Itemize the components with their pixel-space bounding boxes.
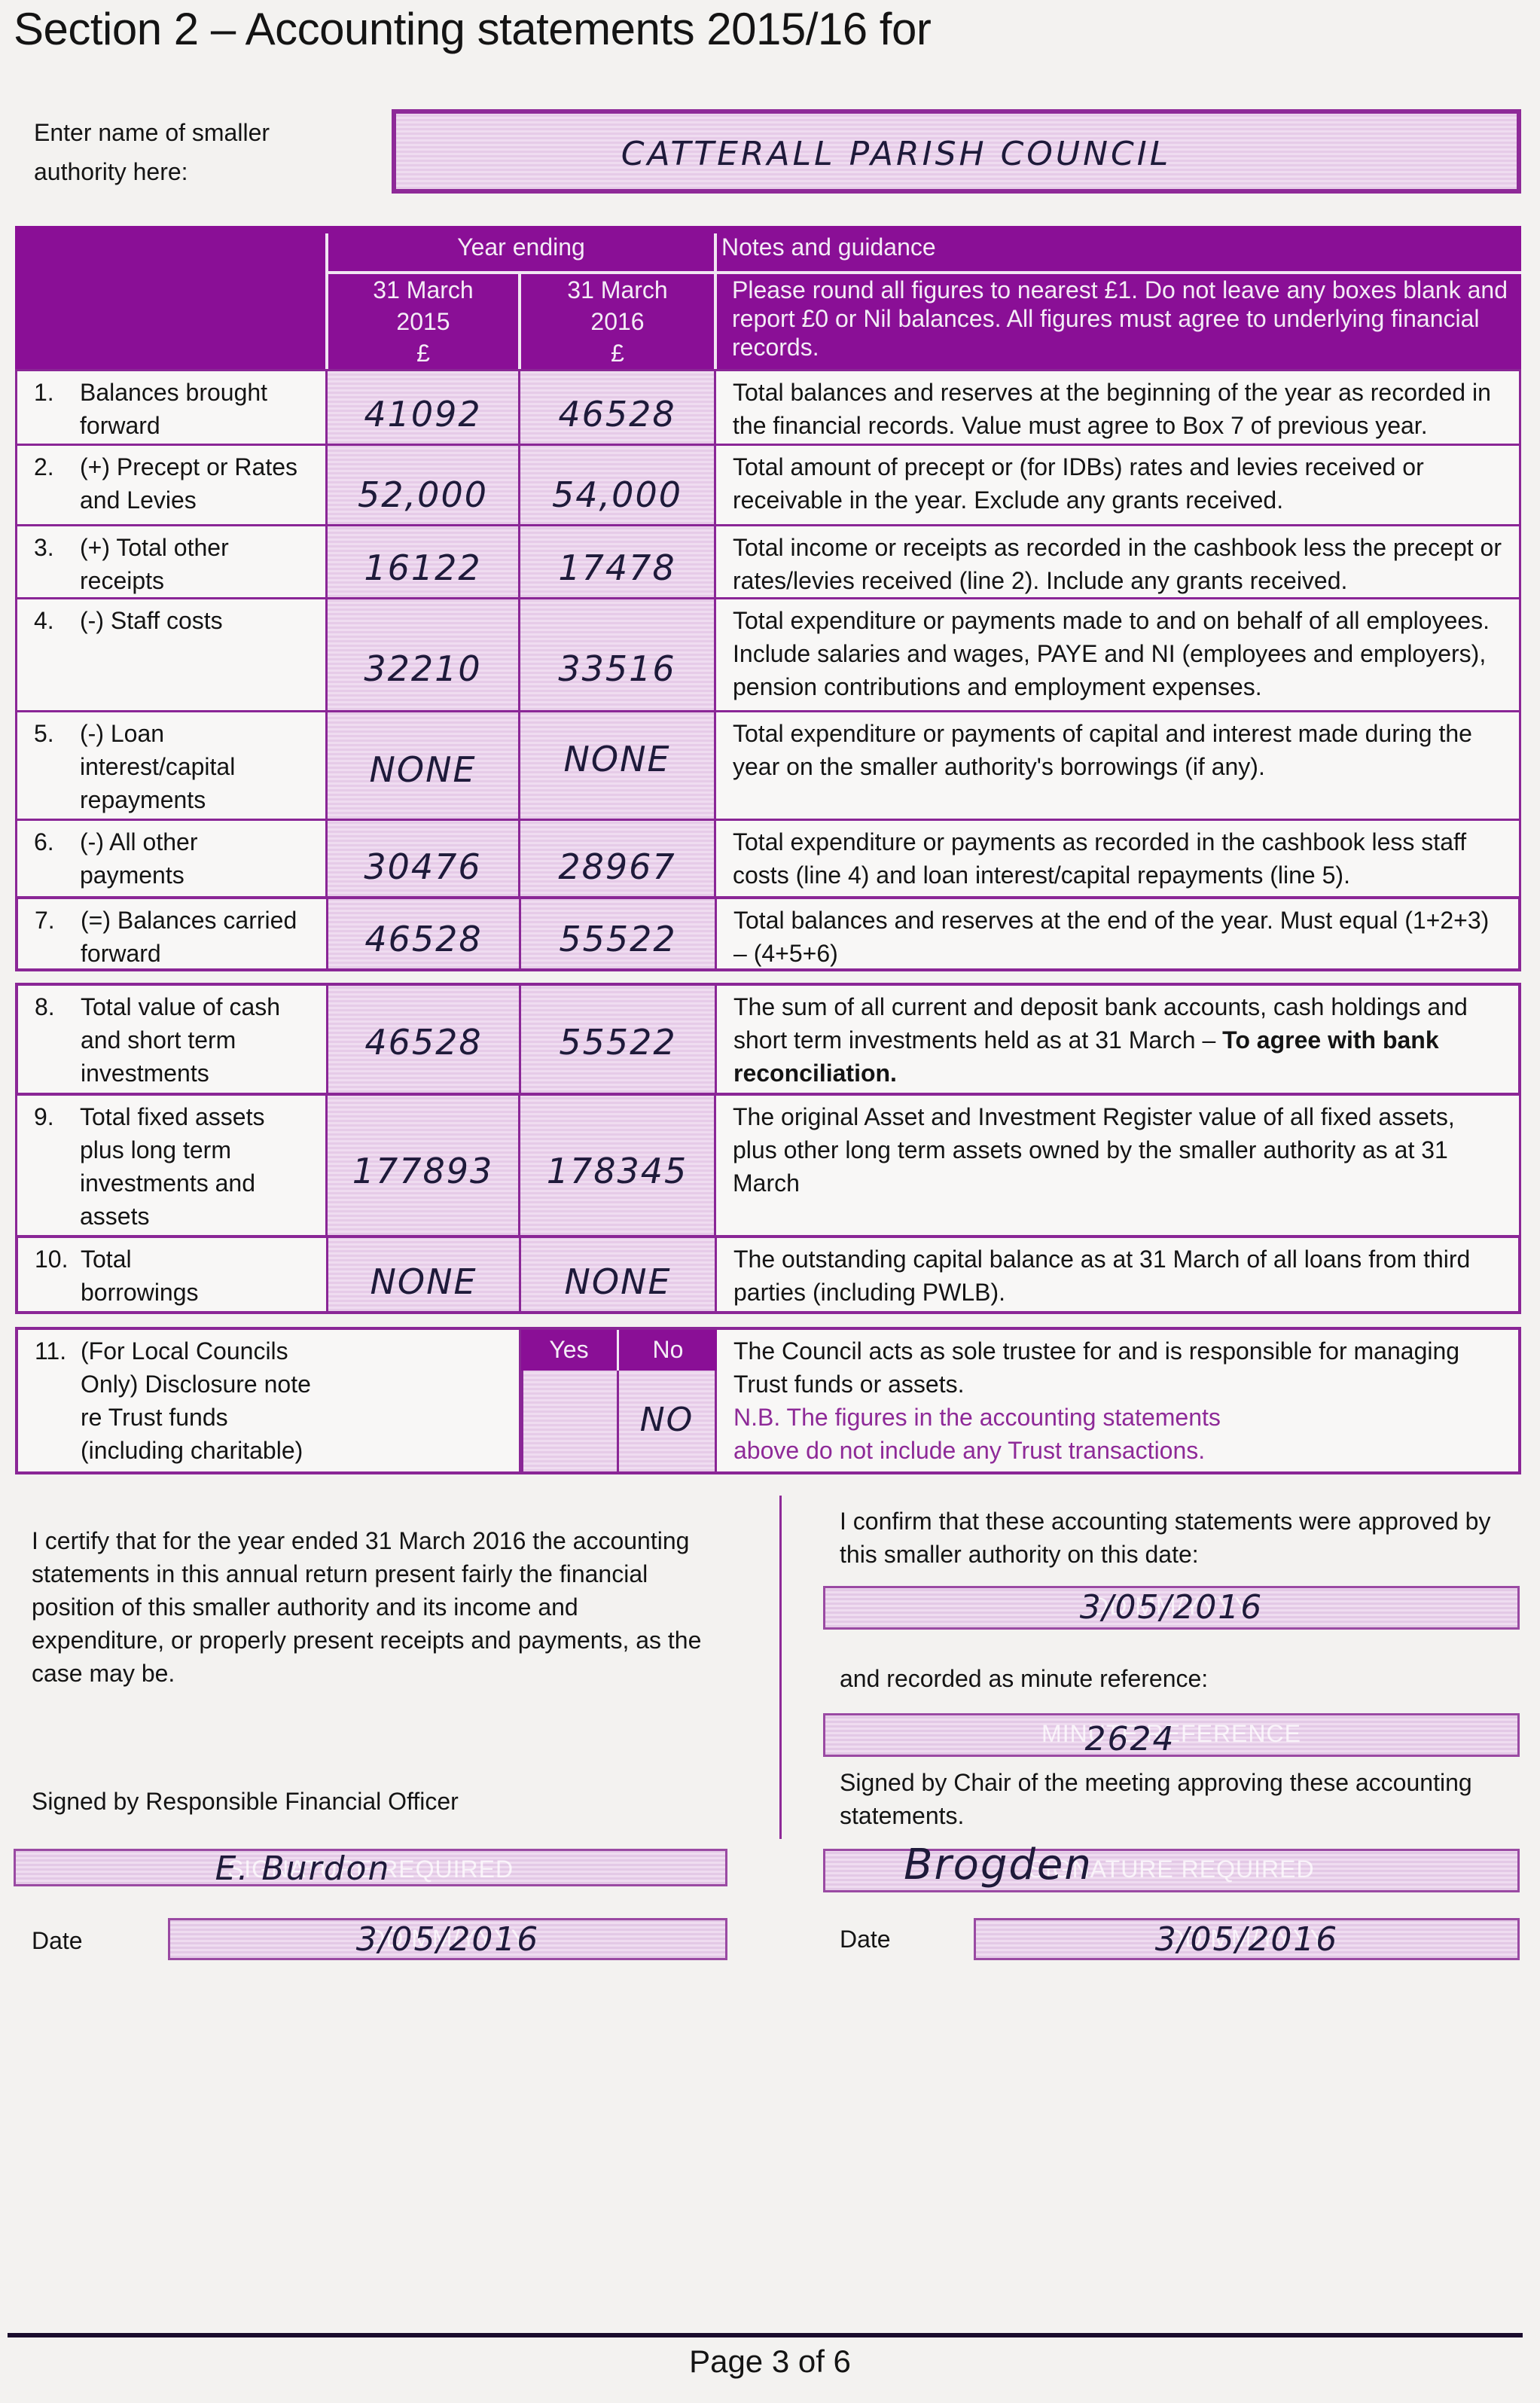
row-label: 1.Balances brought forward [17,371,328,444]
row-note: Total balances and reserves at the begin… [716,371,1519,444]
row-label: 11. (For Local Councils Only) Disclosure… [18,1330,521,1471]
row-number: 2. [34,450,54,483]
minute-reference: 2624 [784,1720,1476,1758]
no-checkbox-field[interactable]: NO [619,1371,717,1471]
row-note: Total balances and reserves at the end o… [717,899,1518,968]
row-label-text: Balances brought forward [80,376,325,442]
row-label-text: Total fixed assets plus long term invest… [80,1100,268,1233]
value-2016-field[interactable]: 28967 [520,821,716,896]
row-label: 5.(-) Loan interest/capital repayments [17,712,328,819]
table-row: 10.Total borrowings NONE NONE The outsta… [15,1235,1521,1314]
value-2015-field[interactable]: 30476 [328,821,520,896]
rfo-date-label: Date [32,1924,83,1957]
minute-reference-field[interactable]: MINUTE REFERENCE 2624 [823,1713,1520,1757]
row-note: The original Asset and Investment Regist… [716,1096,1519,1235]
row-note: Total expenditure or payments of capital… [716,712,1519,819]
row-label-text: (-) Staff costs [80,604,325,637]
rfo-date-field[interactable]: DD/MM/YYYY 3/05/2016 [168,1918,727,1960]
row-note: Total amount of precept or (for IDBs) ra… [716,446,1519,524]
col-2016-currency: £ [521,337,714,369]
value-2016: 55522 [521,919,715,959]
footer-rule [8,2333,1523,2337]
col-2015-header: 31 March 2015 £ [328,274,518,369]
value-2016: NONE [521,1261,715,1302]
col-2016-header: 31 March 2016 £ [521,274,714,369]
row-label-text: (+) Total other receipts [80,531,230,597]
value-2015: 32210 [328,648,518,689]
row-label-text: Total value of cash and short term inves… [81,990,306,1090]
row-note: The Council acts as sole trustee for and… [717,1330,1518,1471]
value-2016: 178345 [520,1151,714,1191]
row-number: 9. [34,1100,54,1133]
column-divider [779,1496,782,1839]
value-2015-field[interactable]: 41092 [328,371,520,444]
row-number: 1. [34,376,54,409]
col-2015-currency: £ [328,337,518,369]
rfo-signature-field[interactable]: SIGNATURE REQUIRED E. Burdon [14,1849,727,1886]
table-row: 3.(+) Total other receipts 16122 17478 T… [15,524,1521,599]
value-2015: 52,000 [328,474,518,515]
row-label-text: (-) All other payments [80,825,245,892]
table-row: 9.Total fixed assets plus long term inve… [15,1093,1521,1237]
row-number: 8. [35,990,55,1023]
value-2016-field[interactable]: 17478 [520,526,716,597]
row-label-text: Total borrowings [81,1243,201,1309]
row-label: 9.Total fixed assets plus long term inve… [17,1096,328,1235]
value-2016-field[interactable]: 54,000 [520,446,716,524]
value-2016-field[interactable]: 46528 [520,371,716,444]
row-label: 7.(=) Balances carried forward [18,899,328,968]
row-number: 7. [35,904,55,937]
chair-date: 3/05/2016 [976,1920,1517,1959]
page-title: Section 2 – Accounting statements 2015/1… [14,3,931,55]
rfo-signature: E. Burdon [0,1850,657,1888]
chair-signature-field[interactable]: SIGNATURE REQUIRED Brogden [823,1849,1520,1892]
value-2015-field[interactable]: NONE [328,1238,521,1311]
value-2015: 46528 [328,919,519,959]
row-note: Total expenditure or payments made to an… [716,599,1519,710]
row-label: 2.(+) Precept or Rates and Levies [17,446,328,524]
chair-signed-label: Signed by Chair of the meeting approving… [840,1766,1517,1832]
col-2015-year: 2015 [328,306,518,337]
table-row: 5.(-) Loan interest/capital repayments N… [15,710,1521,821]
trust-nb-text: N.B. The figures in the accounting state… [733,1401,1261,1467]
value-2015: 16122 [328,547,518,588]
table-row: 6.(-) All other payments 30476 28967 Tot… [15,819,1521,898]
row-label: 3.(+) Total other receipts [17,526,328,597]
value-2016: 33516 [520,648,714,689]
row-number: 5. [34,717,54,750]
value-2015: 46528 [328,1022,519,1063]
col-2016-year: 2016 [521,306,714,337]
row-number: 10. [35,1243,68,1276]
value-2016: 55522 [521,1022,715,1063]
value-2015-field[interactable]: 46528 [328,986,521,1093]
value-2015-field[interactable]: NONE [328,712,520,819]
rfo-date: 3/05/2016 [170,1920,725,1959]
row-number: 11. [35,1334,66,1368]
yes-header: Yes [521,1330,619,1371]
value-2016: NONE [520,739,714,779]
row-note: The outstanding capital balance as at 31… [717,1238,1518,1311]
value-2015: 177893 [328,1151,518,1191]
value-2016-field[interactable]: 178345 [520,1096,716,1235]
row-label: 6.(-) All other payments [17,821,328,896]
notes-guidance-text: Please round all figures to nearest £1. … [732,276,1508,361]
value-2015: NONE [328,749,518,790]
value-2015-field[interactable]: 16122 [328,526,520,597]
rfo-certification-text: I certify that for the year ended 31 Mar… [32,1524,709,1690]
page-number: Page 3 of 6 [0,2344,1540,2380]
approval-date-field[interactable]: DD/MM/YYYY 3/05/2016 [823,1586,1520,1630]
row-number: 4. [34,604,54,637]
table-row: 8.Total value of cash and short term inv… [15,983,1521,1096]
no-value: NO [619,1401,715,1439]
row-label: 8.Total value of cash and short term inv… [18,986,328,1093]
row-label: 4.(-) Staff costs [17,599,328,710]
rfo-signed-label: Signed by Responsible Financial Officer [32,1785,459,1818]
notes-header: Notes and guidance [721,233,936,261]
row-note: Total income or receipts as recorded in … [716,526,1519,597]
table-row: 2.(+) Precept or Rates and Levies 52,000… [15,444,1521,526]
row-label: 10.Total borrowings [18,1238,328,1311]
no-header: No [619,1330,717,1371]
value-2016-field[interactable]: 55522 [521,986,717,1093]
row-note: Total expenditure or payments as recorde… [716,821,1519,896]
chair-date-field[interactable]: DD/MM/YYYY 3/05/2016 [974,1918,1520,1960]
row-note: The sum of all current and deposit bank … [717,986,1518,1093]
value-2015: 41092 [328,394,518,435]
authority-name-value: CATTERALL PARISH COUNCIL [336,135,1456,173]
value-2016-field[interactable]: NONE [521,1238,717,1311]
trust-funds-row: 11. (For Local Councils Only) Disclosure… [15,1327,1521,1474]
row-number: 6. [34,825,54,858]
value-2015-field[interactable]: 52,000 [328,446,520,524]
year-ending-header: Year ending [328,233,714,261]
value-2016-field[interactable]: 55522 [521,899,717,968]
table-row: 7.(=) Balances carried forward 46528 555… [15,896,1521,971]
col-2015-date: 31 March [328,274,518,306]
table-row: 4.(-) Staff costs 32210 33516 Total expe… [15,597,1521,712]
value-2016-field[interactable]: 33516 [520,599,716,710]
yes-checkbox-field[interactable] [521,1371,619,1471]
col-2016-date: 31 March [521,274,714,306]
row-label-text: (=) Balances carried forward [81,904,325,970]
approval-text: I confirm that these accounting statemen… [840,1505,1502,1571]
row-number: 3. [34,531,54,564]
chair-date-label: Date [840,1923,891,1956]
value-2015: NONE [328,1261,519,1302]
value-2015-field[interactable]: 32210 [328,599,520,710]
table-row: 1.Balances brought forward 41092 46528 T… [15,369,1521,446]
value-2016: 54,000 [520,474,714,515]
row-label-text: (+) Precept or Rates and Levies [80,450,325,517]
value-2015-field[interactable]: 177893 [328,1096,520,1235]
header-divider [714,233,717,371]
chair-signature: Brogden [652,1840,1344,1889]
table-header: Year ending Notes and guidance 31 March … [15,226,1521,371]
trust-note-text: The Council acts as sole trustee for and… [733,1334,1503,1401]
minute-reference-label: and recorded as minute reference: [840,1662,1208,1695]
value-2016: 17478 [520,547,714,588]
authority-name-field[interactable]: CATTERALL PARISH COUNCIL [392,109,1521,194]
row-label-text: (-) Loan interest/capital repayments [80,717,261,816]
row-label-text: (For Local Councils Only) Disclosure not… [81,1334,322,1467]
value-2016: 28967 [520,846,714,887]
value-2016-field[interactable]: NONE [520,712,716,819]
approval-date: 3/05/2016 [825,1588,1517,1627]
value-2016: 46528 [520,394,714,435]
value-2015: 30476 [328,846,518,887]
authority-name-label: Enter name of smaller authority here: [34,113,350,191]
value-2015-field[interactable]: 46528 [328,899,521,968]
